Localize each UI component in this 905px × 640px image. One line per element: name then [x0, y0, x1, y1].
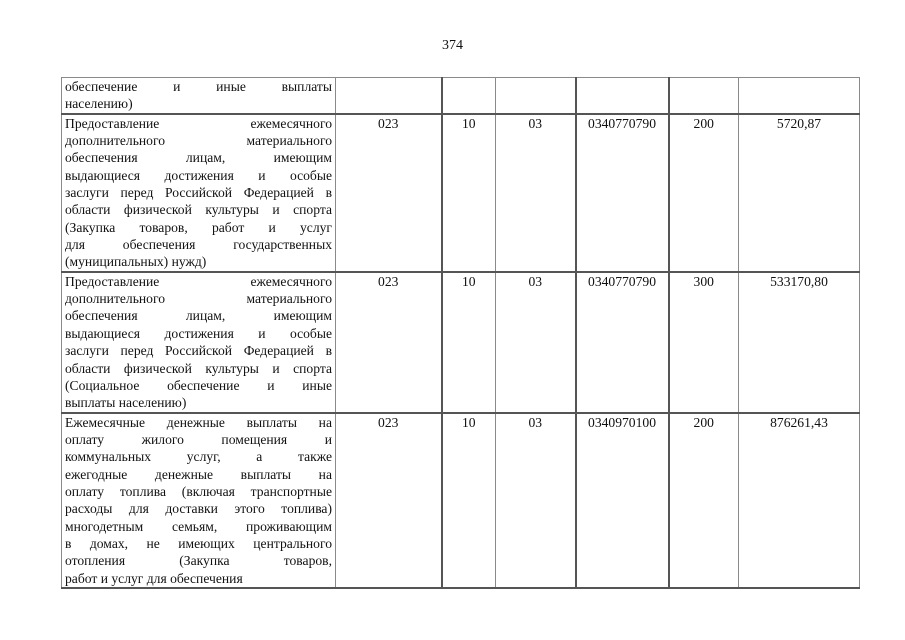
expense-name-line: выдающиеся достижения и особые	[65, 325, 332, 342]
expense-name-cell: обеспечение и иные выплатынаселению)	[62, 78, 336, 114]
expense-name-cell: Предоставление ежемесячногодополнительно…	[62, 114, 336, 272]
ministry-code-cell	[336, 78, 442, 114]
expense-name-line: выдающиеся достижения и особые	[65, 167, 332, 184]
expense-name-line: дополнительного материального	[65, 290, 332, 307]
table-row: Ежемесячные денежные выплаты наоплату жи…	[62, 413, 860, 588]
expense-name-line: Предоставление ежемесячного	[65, 273, 332, 290]
expense-name-line: обеспечения лицам, имеющим	[65, 149, 332, 166]
ministry-code-cell: 023	[336, 272, 442, 413]
expense-name-line: (муниципальных) нужд)	[65, 253, 332, 270]
amount-cell: 533170,80	[739, 272, 860, 413]
amount-cell: 5720,87	[739, 114, 860, 272]
target-article-cell: 0340770790	[576, 114, 669, 272]
expense-name-line: области физической культуры и спорта	[65, 201, 332, 218]
target-article-cell: 0340970100	[576, 413, 669, 588]
expense-name-line: коммунальных услуг, а также	[65, 448, 332, 465]
section-code-cell: 10	[442, 272, 496, 413]
section-code-cell: 10	[442, 114, 496, 272]
expense-name-line: населению)	[65, 95, 332, 112]
expense-name-line: работ и услуг для обеспечения	[65, 570, 332, 587]
expense-name-line: обеспечения лицам, имеющим	[65, 307, 332, 324]
expense-name-line: для обеспечения государственных	[65, 236, 332, 253]
subsection-code-cell: 03	[496, 272, 576, 413]
expense-name-line: Предоставление ежемесячного	[65, 115, 332, 132]
subsection-code-cell	[496, 78, 576, 114]
amount-cell	[739, 78, 860, 114]
expense-type-cell: 200	[669, 114, 739, 272]
target-article-cell: 0340770790	[576, 272, 669, 413]
budget-table: обеспечение и иные выплатынаселению)Пред…	[61, 77, 860, 589]
expense-name-line: Ежемесячные денежные выплаты на	[65, 414, 332, 431]
expense-name-line: многодетным семьям, проживающим	[65, 518, 332, 535]
expense-name-cell: Предоставление ежемесячногодополнительно…	[62, 272, 336, 413]
expense-name-cell: Ежемесячные денежные выплаты наоплату жи…	[62, 413, 336, 588]
table-row: обеспечение и иные выплатынаселению)	[62, 78, 860, 114]
expense-name-line: заслуги перед Российской Федерацией в	[65, 184, 332, 201]
expense-name-line: заслуги перед Российской Федерацией в	[65, 342, 332, 359]
table-row: Предоставление ежемесячногодополнительно…	[62, 272, 860, 413]
expense-name-line: оплату топлива (включая транспортные	[65, 483, 332, 500]
expense-name-line: расходы для доставки этого топлива)	[65, 500, 332, 517]
section-code-cell: 10	[442, 413, 496, 588]
target-article-cell	[576, 78, 669, 114]
subsection-code-cell: 03	[496, 114, 576, 272]
table-row: Предоставление ежемесячногодополнительно…	[62, 114, 860, 272]
amount-cell: 876261,43	[739, 413, 860, 588]
expense-name-line: дополнительного материального	[65, 132, 332, 149]
expense-type-cell	[669, 78, 739, 114]
expense-name-line: ежегодные денежные выплаты на	[65, 466, 332, 483]
budget-table-body: обеспечение и иные выплатынаселению)Пред…	[62, 78, 860, 588]
ministry-code-cell: 023	[336, 114, 442, 272]
expense-name-line: отопления (Закупка товаров,	[65, 552, 332, 569]
expense-name-line: обеспечение и иные выплаты	[65, 78, 332, 95]
expense-name-line: выплаты населению)	[65, 394, 332, 411]
expense-type-cell: 200	[669, 413, 739, 588]
page-number: 374	[0, 38, 905, 54]
expense-type-cell: 300	[669, 272, 739, 413]
expense-name-line: (Социальное обеспечение и иные	[65, 377, 332, 394]
expense-name-line: оплату жилого помещения и	[65, 431, 332, 448]
expense-name-line: в домах, не имеющих центрального	[65, 535, 332, 552]
expense-name-line: (Закупка товаров, работ и услуг	[65, 219, 332, 236]
expense-name-line: области физической культуры и спорта	[65, 360, 332, 377]
subsection-code-cell: 03	[496, 413, 576, 588]
ministry-code-cell: 023	[336, 413, 442, 588]
section-code-cell	[442, 78, 496, 114]
